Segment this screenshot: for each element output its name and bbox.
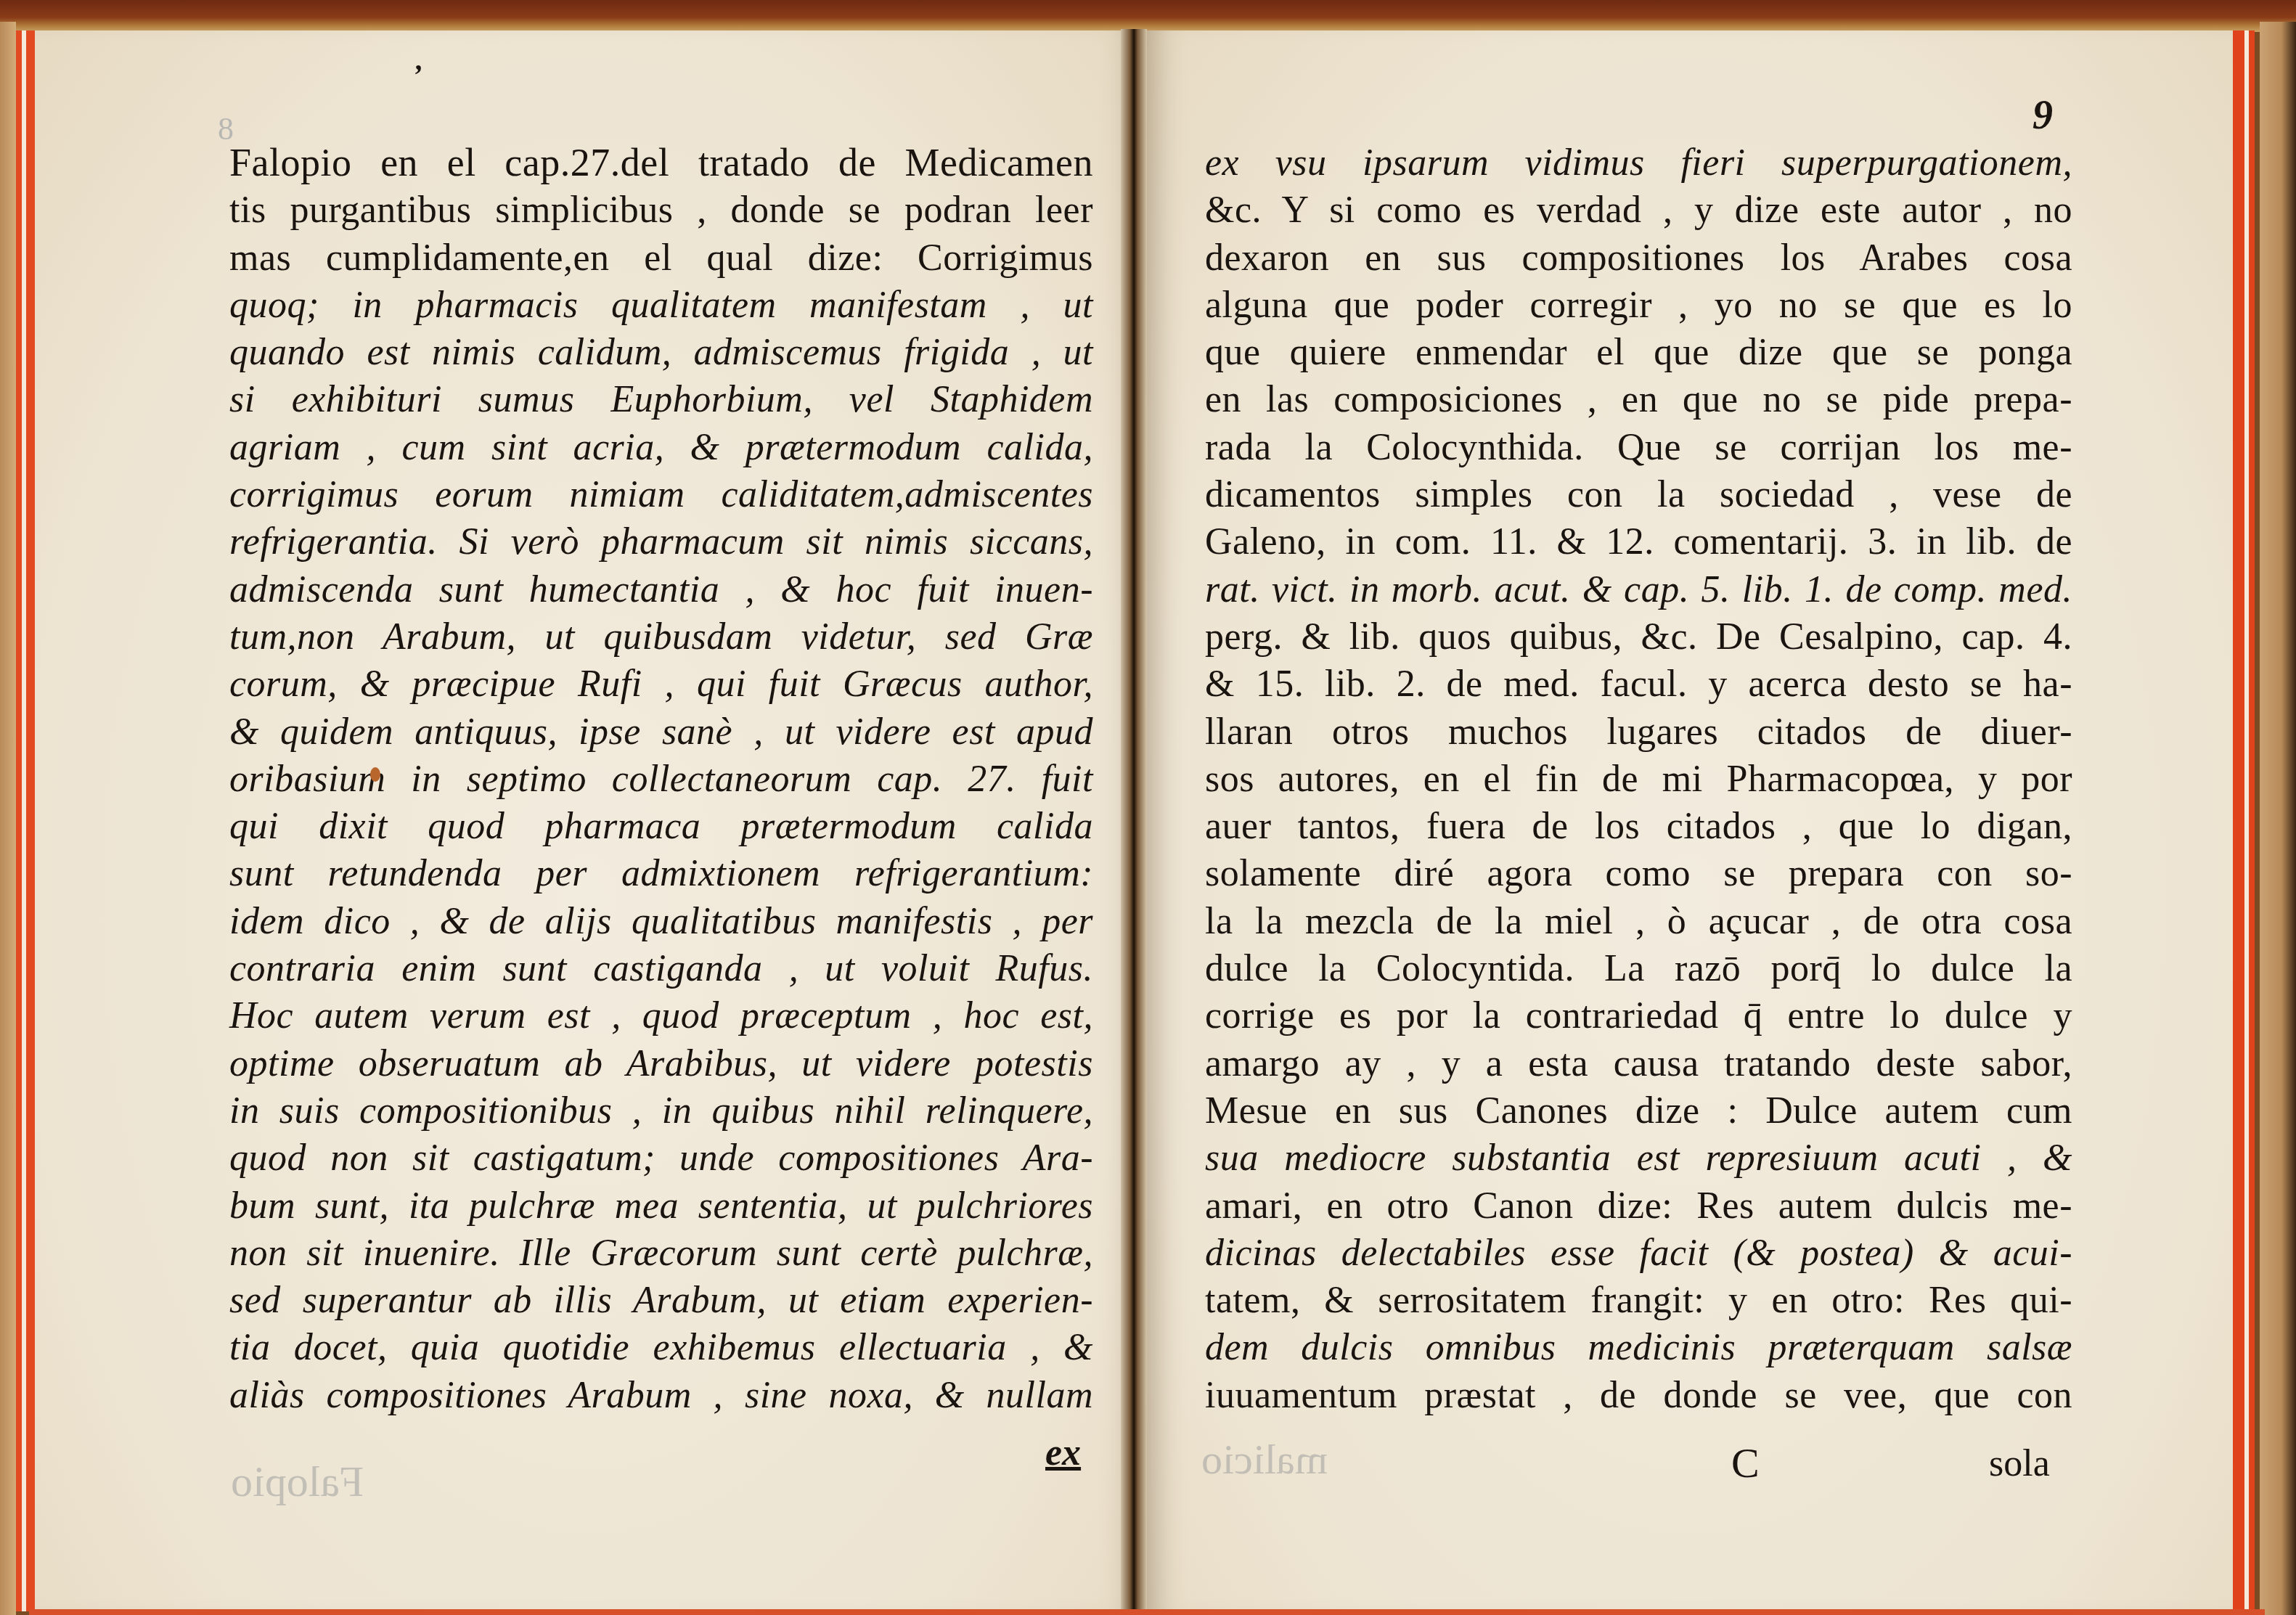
text-line: corrige es por la contrariedad q̄ entre … xyxy=(1205,992,2072,1039)
text-line: quando est nimis calidum, admiscemus fri… xyxy=(229,329,1093,376)
page-bottom-edge xyxy=(29,1609,2265,1615)
text-line: perg. & lib. quos quibus, &c. De Cesalpi… xyxy=(1205,613,2072,661)
text-line: tatem, & serrositatem frangit: y en otro… xyxy=(1205,1277,2072,1324)
text-line: en las composiciones , en que no se pide… xyxy=(1205,376,2072,423)
text-line: contraria enim sunt castiganda , ut volu… xyxy=(229,945,1093,992)
text-line: Falopio en el cap.27.del tratado de Medi… xyxy=(229,139,1093,187)
book-binding-top xyxy=(0,0,2296,32)
paper-stain xyxy=(370,767,380,782)
text-line: corum, & præcipue Rufi , qui fuit Græcus… xyxy=(229,661,1093,708)
text-line: solamente diré agora como se prepara con… xyxy=(1205,850,2072,897)
text-line: agriam , cum sint acria, & prætermodum c… xyxy=(229,424,1093,471)
page-number: 9 xyxy=(2033,92,2053,139)
text-line: iuuamentum præstat , de donde se vee, qu… xyxy=(1205,1372,2072,1419)
text-line: quoq; in pharmacis qualitatem manifestam… xyxy=(229,282,1093,329)
book-gutter xyxy=(1121,29,1147,1615)
text-line: dem dulcis omnibus medicinis præterquam … xyxy=(1205,1324,2072,1371)
left-page: 8 ʼ Falopio en el cap.27.del tratado de … xyxy=(16,30,1140,1611)
text-line: non sit inuenire. Ille Græcorum sunt cer… xyxy=(229,1230,1093,1277)
right-page: 9 ex vsu ipsarum vidimus fieri superpurg… xyxy=(1147,30,2255,1611)
text-line: refrigerantia. Si verò pharmacum sit nim… xyxy=(229,518,1093,565)
text-line: sunt retundenda per admixtionem refriger… xyxy=(229,850,1093,897)
text-line: dicinas delectabiles esse facit (& poste… xyxy=(1205,1230,2072,1277)
book-board-left xyxy=(0,22,16,1615)
text-line: bum sunt, ita pulchræ mea sententia, ut … xyxy=(229,1182,1093,1230)
text-line: que quiere enmendar el que dize que se p… xyxy=(1205,329,2072,376)
text-line: llaran otros muchos lugares citados de d… xyxy=(1205,708,2072,756)
red-edge-rule xyxy=(22,30,26,1611)
text-line: tia docet, quia quotidie exhibemus ellec… xyxy=(229,1324,1093,1371)
left-page-text: Falopio en el cap.27.del tratado de Medi… xyxy=(229,139,1093,1419)
text-line: si exhibituri sumus Euphorbium, vel Stap… xyxy=(229,376,1093,423)
text-line: & 15. lib. 2. de med. facul. y acerca de… xyxy=(1205,661,2072,708)
text-line: mas cumplidamente,en el qual dize: Corri… xyxy=(229,234,1093,282)
show-through-text: Falopio xyxy=(231,1457,364,1507)
text-line: ex vsu ipsarum vidimus fieri superpurgat… xyxy=(1205,139,2072,187)
text-line: &c. Y si como es verdad , y dize este au… xyxy=(1205,187,2072,234)
text-line: sos autores, en el fin de mi Pharmacopœa… xyxy=(1205,756,2072,803)
text-line: optime obseruatum ab Arabibus, ut videre… xyxy=(229,1040,1093,1087)
text-line: in suis compositionibus , in quibus nihi… xyxy=(229,1087,1093,1134)
text-line: Galeno, in com. 11. & 12. comentarij. 3.… xyxy=(1205,518,2072,565)
text-line: oribasium in septimo collectaneorum cap.… xyxy=(229,756,1093,803)
text-line: Mesue en sus Canones dize : Dulce autem … xyxy=(1205,1087,2072,1134)
text-line: tis purgantibus simplicibus , donde se p… xyxy=(229,187,1093,234)
text-line: idem dico , & de alijs qualitatibus mani… xyxy=(229,898,1093,945)
text-line: amargo ay , y a esta causa tratando dest… xyxy=(1205,1040,2072,1087)
text-line: rada la Colocynthida. Que se corrijan lo… xyxy=(1205,424,2072,471)
text-line: & quidem antiquus, ipse sanè , ut videre… xyxy=(229,708,1093,756)
text-line: quod non sit castigatum; unde compositio… xyxy=(229,1134,1093,1182)
text-line: admiscenda sunt humectantia , & hoc fuit… xyxy=(229,566,1093,613)
printer-mark: ʼ xyxy=(412,58,422,92)
text-line: Hoc autem verum est , quod præceptum , h… xyxy=(229,992,1093,1039)
text-line: tum,non Arabum, ut quibusdam videtur, se… xyxy=(229,613,1093,661)
text-line: amari, en otro Canon dize: Res autem dul… xyxy=(1205,1182,2072,1230)
text-line: dicamentos simples con la sociedad , ves… xyxy=(1205,471,2072,518)
signature-mark: C xyxy=(1731,1439,1760,1487)
catchword: sola xyxy=(1989,1442,2050,1485)
text-line: rat. vict. in morb. acut. & cap. 5. lib.… xyxy=(1205,566,2072,613)
text-line: alguna que poder corregir , yo no se que… xyxy=(1205,282,2072,329)
text-line: dexaron en sus compositiones los Arabes … xyxy=(1205,234,2072,282)
right-page-text: ex vsu ipsarum vidimus fieri superpurgat… xyxy=(1205,139,2072,1419)
catchword: ex xyxy=(1045,1431,1081,1474)
text-line: qui dixit quod pharmaca prætermodum cali… xyxy=(229,803,1093,850)
text-line: corrigimus eorum nimiam caliditatem,admi… xyxy=(229,471,1093,518)
text-line: sed superantur ab illis Arabum, ut etiam… xyxy=(229,1277,1093,1324)
text-line: la la mezcla de la miel , ò açucar , de … xyxy=(1205,898,2072,945)
text-line: auer tantos, fuera de los citados , que … xyxy=(1205,803,2072,850)
text-line: sua mediocre substantia est represiuum a… xyxy=(1205,1134,2072,1182)
text-line: dulce la Colocyntida. La razō porq̄ lo d… xyxy=(1205,945,2072,992)
red-edge-rule xyxy=(2244,30,2249,1611)
show-through-text: malicio xyxy=(1201,1435,1328,1484)
text-line: aliàs compositiones Arabum , sine noxa, … xyxy=(229,1372,1093,1419)
book-board-right xyxy=(2260,22,2296,1615)
